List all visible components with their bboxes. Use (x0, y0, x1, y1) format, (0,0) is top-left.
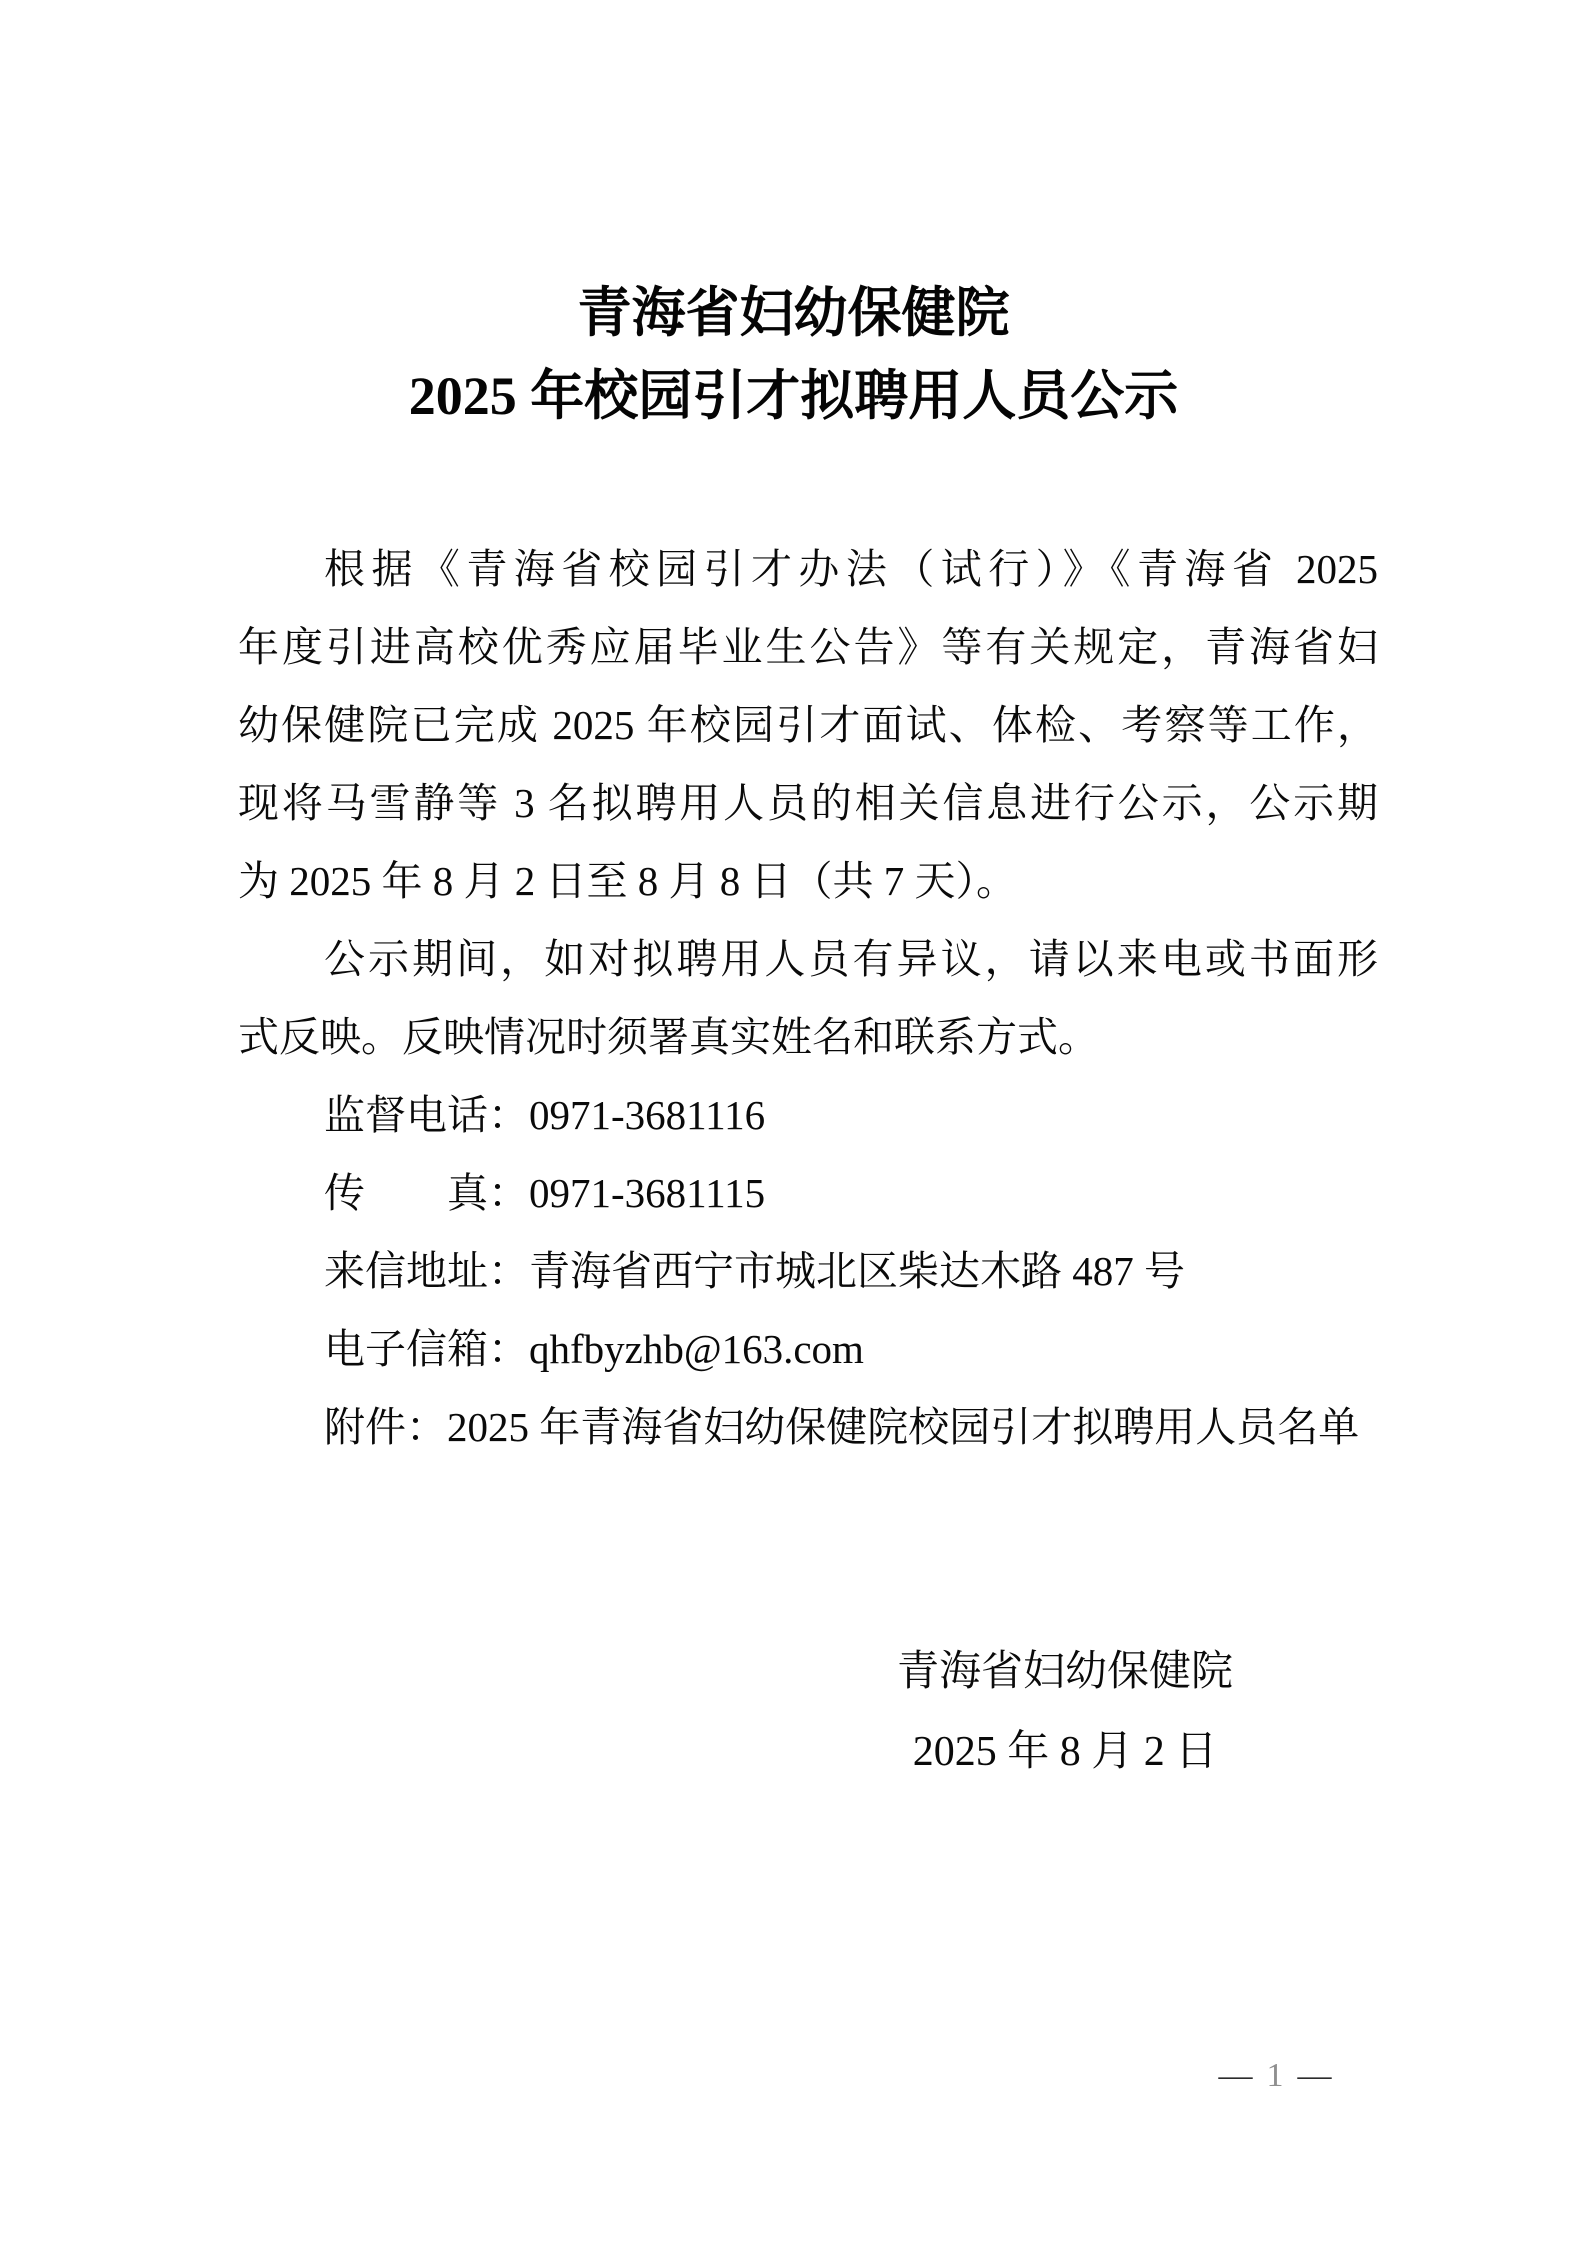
paragraph1-line-4: 现将马雪静等 3 名拟聘用人员的相关信息进行公示，公示期 (238, 764, 1378, 842)
title-line-2: 2025 年校园引才拟聘用人员公示 (0, 355, 1587, 438)
signature-date: 2025 年 8 月 2 日 (760, 1712, 1370, 1792)
paragraph1-line-3: 幼保健院已完成 2025 年校园引才面试、体检、考察等工作， (238, 686, 1378, 764)
signature-org: 青海省妇幼保健院 (760, 1632, 1370, 1712)
paragraph2-line-1: 公示期间，如对拟聘用人员有异议，请以来电或书面形 (238, 920, 1378, 998)
paragraph2-line-2: 式反映。反映情况时须署真实姓名和联系方式。 (238, 998, 1378, 1076)
paragraph1-line-1: 根据《青海省校园引才办法（试行）》《青海省 2025 (238, 530, 1378, 608)
document-page: 青海省妇幼保健院 2025 年校园引才拟聘用人员公示 根据《青海省校园引才办法（… (0, 0, 1587, 2245)
document-body: 根据《青海省校园引才办法（试行）》《青海省 2025 年度引进高校优秀应届毕业生… (238, 530, 1378, 1466)
attachment-line: 附件：2025 年青海省妇幼保健院校园引才拟聘用人员名单 (238, 1388, 1378, 1466)
contact-fax-line: 传 真：0971-3681115 (238, 1154, 1378, 1232)
footer-dash-left: — (1219, 2057, 1253, 2094)
footer-dash-right: — (1298, 2057, 1332, 2094)
page-footer: —1— (1190, 2056, 1360, 2096)
contact-phone-line: 监督电话：0971-3681116 (238, 1076, 1378, 1154)
paragraph1-line-5: 为 2025 年 8 月 2 日至 8 月 8 日（共 7 天）。 (238, 842, 1378, 920)
contact-email-line: 电子信箱：qhfbyzhb@163.com (238, 1310, 1378, 1388)
page-number: 1 (1267, 2057, 1284, 2094)
title-line-1: 青海省妇幼保健院 (0, 272, 1587, 355)
signature-block: 青海省妇幼保健院 2025 年 8 月 2 日 (760, 1632, 1370, 1792)
paragraph1-line-2: 年度引进高校优秀应届毕业生公告》等有关规定，青海省妇 (238, 608, 1378, 686)
contact-address-line: 来信地址：青海省西宁市城北区柴达木路 487 号 (238, 1232, 1378, 1310)
document-title: 青海省妇幼保健院 2025 年校园引才拟聘用人员公示 (0, 272, 1587, 438)
